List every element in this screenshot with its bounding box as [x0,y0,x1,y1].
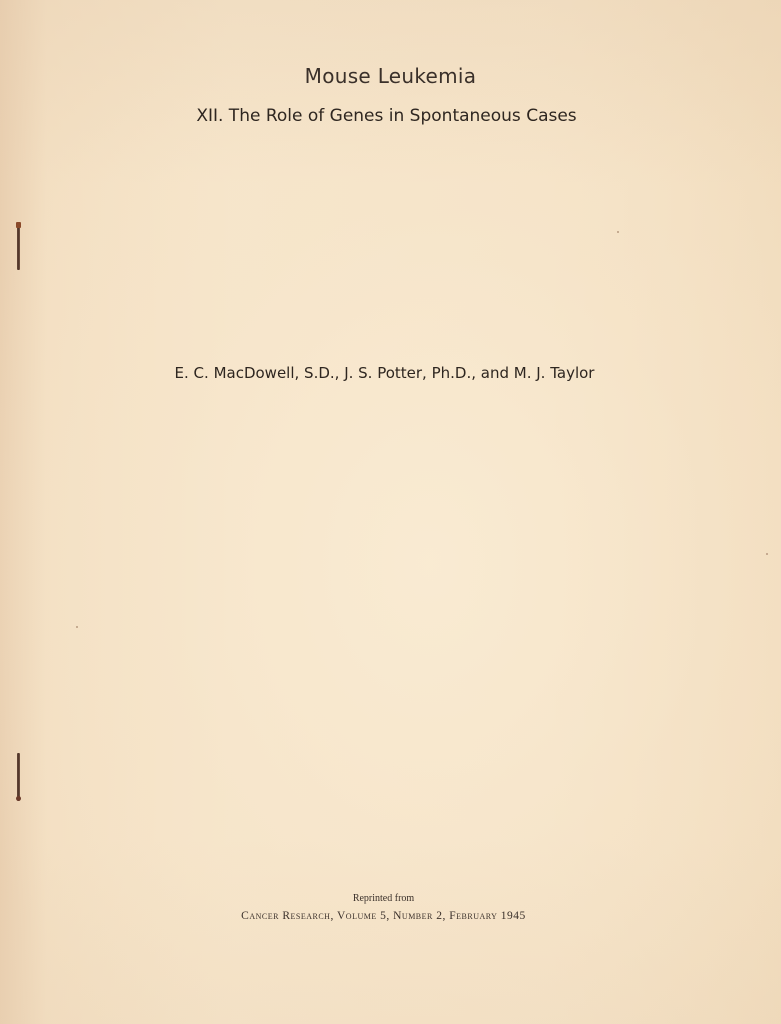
document-subtitle: XII. The Role of Genes in Spontaneous Ca… [0,106,777,126]
paper-cover [0,0,781,1024]
journal-citation: Cancer Research, Volume 5, Number 2, Feb… [0,910,774,922]
document-title: Mouse Leukemia [0,64,781,88]
paper-speck [766,553,768,555]
paper-speck [76,626,78,628]
paper-speck [617,231,619,233]
document-authors: E. C. MacDowell, S.D., J. S. Potter, Ph.… [0,364,775,382]
staple-bottom [17,753,20,801]
reprinted-label: Reprinted from [0,893,774,904]
staple-top [17,222,20,270]
